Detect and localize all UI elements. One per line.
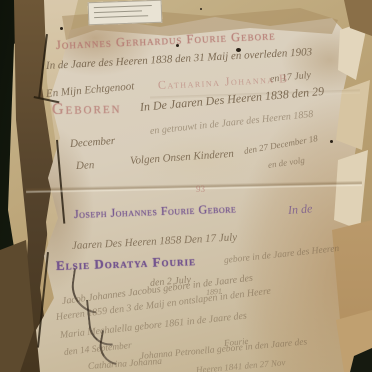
- photo-of-register-page: Johannes Gerhardus Fourie Gebore In de J…: [0, 0, 372, 372]
- ink-blot: [200, 8, 202, 10]
- ink-blot: [60, 27, 63, 30]
- entry1-children-word1: Den: [76, 159, 95, 172]
- page-number-mark: 93: [196, 184, 205, 194]
- ink-blot: [330, 140, 333, 143]
- entry2-title-tail: In de: [287, 201, 312, 218]
- printed-fragment-line: [94, 5, 152, 8]
- entry1-born-label: Geboren: [52, 100, 122, 119]
- printed-fragment-line: [94, 15, 148, 18]
- printed-fragment-line: [94, 10, 142, 13]
- printed-fragment: [88, 0, 163, 25]
